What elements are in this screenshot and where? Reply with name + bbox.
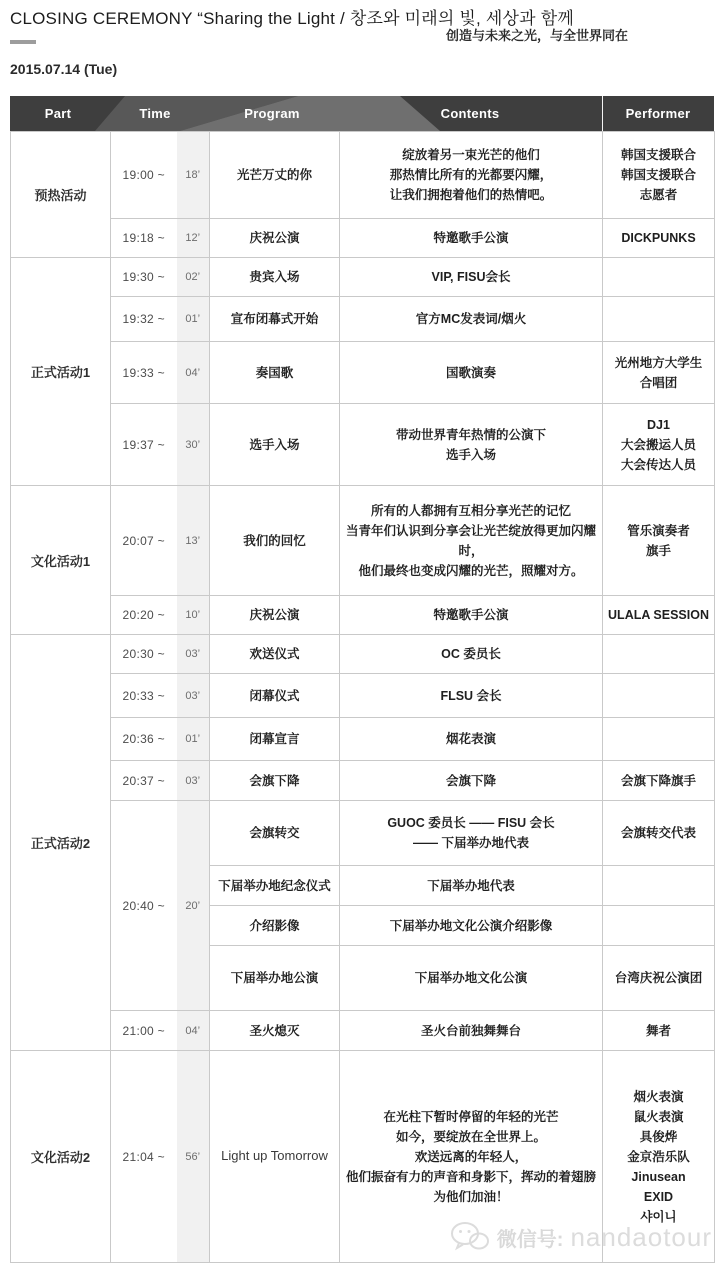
duration-cell: 03’ bbox=[177, 635, 210, 674]
program-cell: 宣布闭幕式开始 bbox=[210, 297, 340, 342]
contents-cell: GUOC 委员长 —— FISU 会长 —— 下届举办地代表 bbox=[340, 801, 603, 866]
table-row: 21:00 ~ 04’ 圣火熄灭 圣火台前独舞舞台 舞者 bbox=[11, 1011, 715, 1051]
contents-line: 带动世界青年热情的公演下 bbox=[343, 425, 599, 445]
performer-cell bbox=[603, 674, 715, 718]
contents-line: —— 下届举办地代表 bbox=[343, 833, 599, 853]
duration-cell: 04’ bbox=[177, 1011, 210, 1051]
time-cell: 19:33 ~ bbox=[111, 342, 177, 404]
program-cell: 下届举办地纪念仪式 bbox=[210, 866, 340, 906]
column-header-contents: Contents bbox=[441, 96, 500, 131]
table-row: 预热活动 19:00 ~ 18’ 光芒万丈的你 绽放着另一束光芒的他们 那热情比… bbox=[11, 132, 715, 219]
contents-cell: 下届举办地文化公演 bbox=[340, 946, 603, 1011]
performer-cell bbox=[603, 906, 715, 946]
time-cell: 19:00 ~ bbox=[111, 132, 177, 219]
table-row: 正式活动1 19:30 ~ 02’ 贵宾入场 VIP, FISU会长 bbox=[11, 258, 715, 297]
program-cell: 会旗下降 bbox=[210, 761, 340, 801]
time-cell: 20:37 ~ bbox=[111, 761, 177, 801]
time-cell: 19:37 ~ bbox=[111, 404, 177, 486]
duration-cell: 10’ bbox=[177, 596, 210, 635]
column-header-performer: Performer bbox=[626, 96, 691, 131]
contents-cell: OC 委员长 bbox=[340, 635, 603, 674]
performer-line: 合唱团 bbox=[606, 373, 711, 393]
contents-cell: FLSU 会长 bbox=[340, 674, 603, 718]
table-row: 19:37 ~ 30’ 选手入场 带动世界青年热情的公演下 选手入场 DJ1 大… bbox=[11, 404, 715, 486]
contents-line: 绽放着另一束光芒的他们 bbox=[343, 145, 599, 165]
performer-line: 韩国支援联合 bbox=[606, 145, 711, 165]
time-cell: 19:32 ~ bbox=[111, 297, 177, 342]
contents-line: 让我们拥抱着他们的热情吧。 bbox=[343, 185, 599, 205]
time-cell: 21:04 ~ bbox=[111, 1051, 177, 1263]
contents-cell: 下届举办地文化公演介绍影像 bbox=[340, 906, 603, 946]
title-dash bbox=[10, 40, 36, 44]
performer-cell: 管乐演奏者 旗手 bbox=[603, 486, 715, 596]
performer-line: 具俊烨 bbox=[606, 1127, 711, 1147]
contents-cell: 官方MC发表词/烟火 bbox=[340, 297, 603, 342]
performer-cell: 舞者 bbox=[603, 1011, 715, 1051]
table-row: 20:37 ~ 03’ 会旗下降 会旗下降 会旗下降旗手 bbox=[11, 761, 715, 801]
duration-cell: 01’ bbox=[177, 297, 210, 342]
table-row: 文化活动2 21:04 ~ 56’ Light up Tomorrow 在光柱下… bbox=[11, 1051, 715, 1263]
performer-line: 大会传达人员 bbox=[606, 455, 711, 475]
time-cell: 20:33 ~ bbox=[111, 674, 177, 718]
time-cell: 20:36 ~ bbox=[111, 718, 177, 761]
program-cell: 闭幕仪式 bbox=[210, 674, 340, 718]
program-cell: 奏国歌 bbox=[210, 342, 340, 404]
column-header-time: Time bbox=[139, 96, 170, 131]
performer-line: 金京浩乐队 bbox=[606, 1147, 711, 1167]
contents-cell: 特邀歌手公演 bbox=[340, 596, 603, 635]
performer-line: 鼠火表演 bbox=[606, 1107, 711, 1127]
performer-cell: 烟火表演 鼠火表演 具俊烨 金京浩乐队 Jinusean EXID 샤이니 bbox=[603, 1051, 715, 1263]
performer-line: 大会搬运人员 bbox=[606, 435, 711, 455]
table-row: 19:18 ~ 12’ 庆祝公演 特邀歌手公演 DICKPUNKS bbox=[11, 219, 715, 258]
duration-cell: 20’ bbox=[177, 801, 210, 1011]
program-cell: 选手入场 bbox=[210, 404, 340, 486]
table-row: 20:33 ~ 03’ 闭幕仪式 FLSU 会长 bbox=[11, 674, 715, 718]
duration-cell: 03’ bbox=[177, 674, 210, 718]
contents-cell: 所有的人都拥有互相分享光芒的记忆 当青年们认识到分享会让光芒绽放得更加闪耀时， … bbox=[340, 486, 603, 596]
contents-line: 他们振奋有力的声音和身影下，挥动的着翅膀 bbox=[343, 1167, 599, 1187]
time-cell: 21:00 ~ bbox=[111, 1011, 177, 1051]
performer-cell bbox=[603, 866, 715, 906]
table-row: 20:40 ~ 20’ 会旗转交 GUOC 委员长 —— FISU 会长 —— … bbox=[11, 801, 715, 866]
performer-cell: 会旗下降旗手 bbox=[603, 761, 715, 801]
time-cell: 20:07 ~ bbox=[111, 486, 177, 596]
page: CLOSING CEREMONY “Sharing the Light / 창조… bbox=[0, 0, 724, 1274]
program-cell: 闭幕宣言 bbox=[210, 718, 340, 761]
contents-line: 如今，要绽放在全世界上。 bbox=[343, 1127, 599, 1147]
time-cell: 20:40 ~ bbox=[111, 801, 177, 1011]
performer-cell bbox=[603, 718, 715, 761]
contents-line: 在光柱下暂时停留的年轻的光芒 bbox=[343, 1107, 599, 1127]
program-cell: Light up Tomorrow bbox=[210, 1051, 340, 1263]
table-header: Part Time Program Contents Performer bbox=[10, 96, 714, 131]
program-cell: 圣火熄灭 bbox=[210, 1011, 340, 1051]
column-header-program: Program bbox=[244, 96, 300, 131]
part-cell: 正式活动1 bbox=[11, 258, 111, 486]
time-cell: 19:30 ~ bbox=[111, 258, 177, 297]
contents-line: 选手入场 bbox=[343, 445, 599, 465]
performer-cell: 台湾庆祝公演团 bbox=[603, 946, 715, 1011]
duration-cell: 30’ bbox=[177, 404, 210, 486]
performer-line: DJ1 bbox=[606, 415, 711, 435]
program-cell: 下届举办地公演 bbox=[210, 946, 340, 1011]
performer-line: EXID bbox=[606, 1187, 711, 1207]
performer-line: 샤이니 bbox=[606, 1207, 711, 1227]
program-cell: 介绍影像 bbox=[210, 906, 340, 946]
table-row: 正式活动2 20:30 ~ 03’ 欢送仪式 OC 委员长 bbox=[11, 635, 715, 674]
contents-cell: 国歌演奏 bbox=[340, 342, 603, 404]
contents-cell: 圣火台前独舞舞台 bbox=[340, 1011, 603, 1051]
contents-cell: 在光柱下暂时停留的年轻的光芒 如今，要绽放在全世界上。 欢送远离的年轻人， 他们… bbox=[340, 1051, 603, 1263]
duration-cell: 13’ bbox=[177, 486, 210, 596]
performer-line: 志愿者 bbox=[606, 185, 711, 205]
time-cell: 20:30 ~ bbox=[111, 635, 177, 674]
time-cell: 20:20 ~ bbox=[111, 596, 177, 635]
contents-line: 当青年们认识到分享会让光芒绽放得更加闪耀时， bbox=[343, 521, 599, 561]
table-row: 20:20 ~ 10’ 庆祝公演 特邀歌手公演 ULALA SESSION bbox=[11, 596, 715, 635]
page-subtitle: 创造与未来之光，与全世界同在 bbox=[446, 25, 628, 44]
performer-line: Jinusean bbox=[606, 1167, 711, 1187]
performer-line: 管乐演奏者 bbox=[606, 521, 711, 541]
program-cell: 欢送仪式 bbox=[210, 635, 340, 674]
program-cell: 贵宾入场 bbox=[210, 258, 340, 297]
performer-cell bbox=[603, 258, 715, 297]
contents-line: 那热情比所有的光都要闪耀， bbox=[343, 165, 599, 185]
performer-cell bbox=[603, 635, 715, 674]
performer-cell: DJ1 大会搬运人员 大会传达人员 bbox=[603, 404, 715, 486]
contents-cell: 绽放着另一束光芒的他们 那热情比所有的光都要闪耀， 让我们拥抱着他们的热情吧。 bbox=[340, 132, 603, 219]
program-cell: 会旗转交 bbox=[210, 801, 340, 866]
duration-cell: 03’ bbox=[177, 761, 210, 801]
performer-cell: 韩国支援联合 韩国支援联合 志愿者 bbox=[603, 132, 715, 219]
performer-cell: 会旗转交代表 bbox=[603, 801, 715, 866]
event-date: 2015.07.14 (Tue) bbox=[10, 61, 117, 77]
performer-cell: DICKPUNKS bbox=[603, 219, 715, 258]
contents-cell: 带动世界青年热情的公演下 选手入场 bbox=[340, 404, 603, 486]
duration-cell: 18’ bbox=[177, 132, 210, 219]
duration-cell: 12’ bbox=[177, 219, 210, 258]
program-cell: 我们的回忆 bbox=[210, 486, 340, 596]
part-cell: 文化活动1 bbox=[11, 486, 111, 635]
contents-line: 为他们加油！ bbox=[343, 1187, 599, 1207]
performer-line: 烟火表演 bbox=[606, 1087, 711, 1107]
performer-cell: ULALA SESSION bbox=[603, 596, 715, 635]
part-cell: 预热活动 bbox=[11, 132, 111, 258]
program-cell: 庆祝公演 bbox=[210, 596, 340, 635]
program-cell: 庆祝公演 bbox=[210, 219, 340, 258]
part-cell: 文化活动2 bbox=[11, 1051, 111, 1263]
performer-cell bbox=[603, 297, 715, 342]
contents-line: GUOC 委员长 —— FISU 会长 bbox=[343, 813, 599, 833]
header-divider bbox=[602, 96, 603, 131]
performer-line: 光州地方大学生 bbox=[606, 353, 711, 373]
contents-cell: 烟花表演 bbox=[340, 718, 603, 761]
contents-cell: 特邀歌手公演 bbox=[340, 219, 603, 258]
part-cell: 正式活动2 bbox=[11, 635, 111, 1051]
contents-line: 所有的人都拥有互相分享光芒的记忆 bbox=[343, 501, 599, 521]
performer-cell: 光州地方大学生 合唱团 bbox=[603, 342, 715, 404]
contents-cell: 下届举办地代表 bbox=[340, 866, 603, 906]
table-row: 19:33 ~ 04’ 奏国歌 国歌演奏 光州地方大学生 合唱团 bbox=[11, 342, 715, 404]
contents-cell: 会旗下降 bbox=[340, 761, 603, 801]
table-row: 20:36 ~ 01’ 闭幕宣言 烟花表演 bbox=[11, 718, 715, 761]
performer-line: 韩国支援联合 bbox=[606, 165, 711, 185]
duration-cell: 02’ bbox=[177, 258, 210, 297]
duration-cell: 56’ bbox=[177, 1051, 210, 1263]
schedule-table: 预热活动 19:00 ~ 18’ 光芒万丈的你 绽放着另一束光芒的他们 那热情比… bbox=[10, 131, 715, 1263]
table-row: 19:32 ~ 01’ 宣布闭幕式开始 官方MC发表词/烟火 bbox=[11, 297, 715, 342]
contents-line: 欢送远离的年轻人， bbox=[343, 1147, 599, 1167]
duration-cell: 01’ bbox=[177, 718, 210, 761]
column-header-part: Part bbox=[45, 96, 72, 131]
duration-cell: 04’ bbox=[177, 342, 210, 404]
contents-cell: VIP, FISU会长 bbox=[340, 258, 603, 297]
table-row: 文化活动1 20:07 ~ 13’ 我们的回忆 所有的人都拥有互相分享光芒的记忆… bbox=[11, 486, 715, 596]
performer-line: 旗手 bbox=[606, 541, 711, 561]
contents-line: 他们最终也变成闪耀的光芒，照耀对方。 bbox=[343, 561, 599, 581]
time-cell: 19:18 ~ bbox=[111, 219, 177, 258]
program-cell: 光芒万丈的你 bbox=[210, 132, 340, 219]
